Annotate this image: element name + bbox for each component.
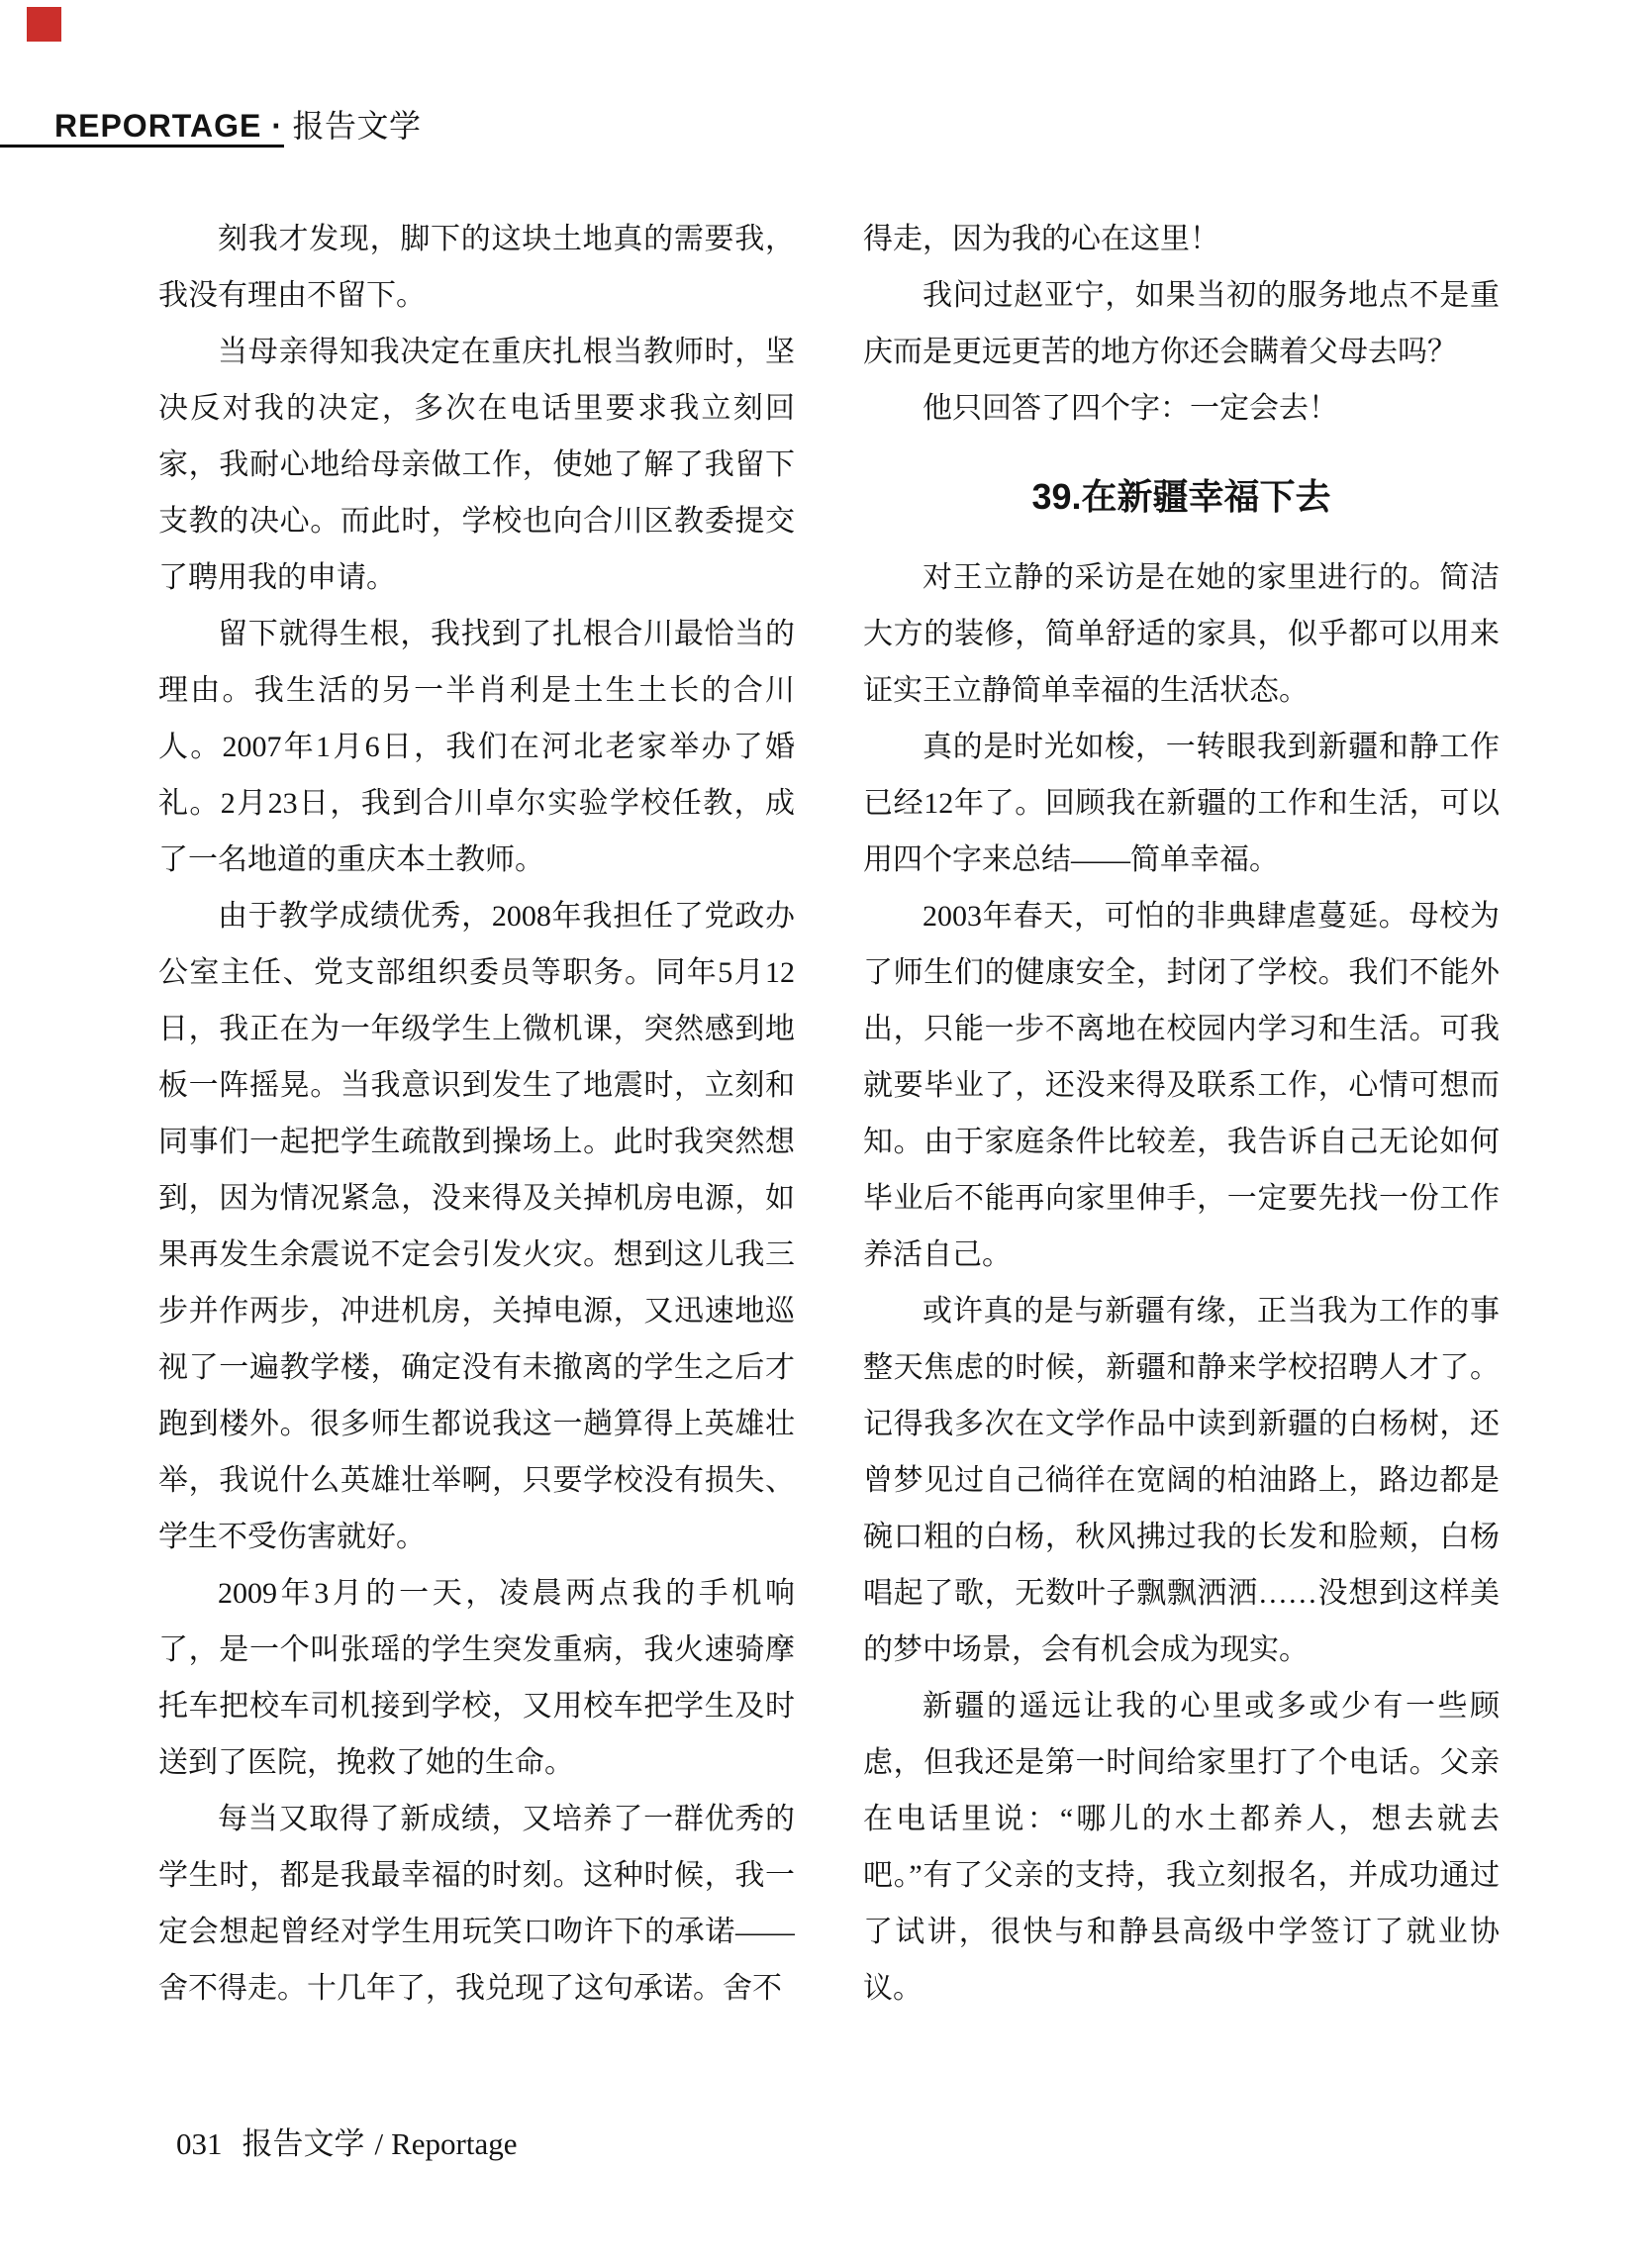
body-paragraph: 2003年春天，可怕的非典肆虐蔓延。母校为了师生们的健康安全，封闭了学校。我们不… bbox=[863, 888, 1500, 1283]
header-title-en: REPORTAGE bbox=[54, 108, 261, 144]
body-paragraph: 当母亲得知我决定在重庆扎根当教师时，坚决反对我的决定，多次在电话里要求我立刻回家… bbox=[158, 324, 795, 606]
page-footer: 031报告文学/Reportage bbox=[176, 2124, 518, 2164]
body-paragraph: 2009年3月的一天，凌晨两点我的手机响了，是一个叫张瑶的学生突发重病，我火速骑… bbox=[158, 1565, 795, 1791]
footer-page-number: 031 bbox=[176, 2126, 223, 2161]
footer-section-en: Reportage bbox=[391, 2126, 517, 2161]
text-column-right: 得走，因为我的心在这里！ 我问过赵亚宁，如果当初的服务地点不是重庆而是更远更苦的… bbox=[863, 211, 1500, 2032]
page-header: REPORTAGE·报告文学 bbox=[54, 107, 421, 145]
header-rule bbox=[0, 145, 284, 148]
footer-section-zh: 报告文学 bbox=[243, 2126, 365, 2161]
body-paragraph: 他只回答了四个字：一定会去！ bbox=[863, 380, 1500, 437]
body-paragraph: 对王立静的采访是在她的家里进行的。简洁大方的装修，简单舒适的家具，似乎都可以用来… bbox=[863, 549, 1500, 719]
body-paragraph: 刻我才发现，脚下的这块土地真的需要我，我没有理由不留下。 bbox=[158, 211, 795, 324]
section-heading: 39.在新疆幸福下去 bbox=[863, 474, 1500, 520]
body-paragraph: 新疆的遥远让我的心里或多或少有一些顾虑，但我还是第一时间给家里打了个电话。父亲在… bbox=[863, 1678, 1500, 2017]
body-paragraph: 真的是时光如梭，一转眼我到新疆和静工作已经12年了。回顾我在新疆的工作和生活，可… bbox=[863, 719, 1500, 888]
body-paragraph-continuation: 得走，因为我的心在这里！ bbox=[863, 211, 1500, 267]
body-paragraph: 由于教学成绩优秀，2008年我担任了党政办公室主任、党支部组织委员等职务。同年5… bbox=[158, 888, 795, 1565]
body-paragraph: 我问过赵亚宁，如果当初的服务地点不是重庆而是更远更苦的地方你还会瞒着父母去吗？ bbox=[863, 267, 1500, 380]
footer-separator: / bbox=[375, 2126, 384, 2161]
magazine-page: { "page": { "accent_color": "#cb2f2b", "… bbox=[0, 0, 1651, 2268]
header-title-zh: 报告文学 bbox=[292, 108, 421, 144]
body-paragraph: 每当又取得了新成绩，又培养了一群优秀的学生时，都是我最幸福的时刻。这种时候，我一… bbox=[158, 1791, 795, 2017]
body-paragraph: 留下就得生根，我找到了扎根合川最恰当的理由。我生活的另一半肖利是土生土长的合川人… bbox=[158, 606, 795, 888]
red-corner-mark bbox=[27, 7, 61, 42]
body-paragraph: 或许真的是与新疆有缘，正当我为工作的事整天焦虑的时候，新疆和静来学校招聘人才了。… bbox=[863, 1283, 1500, 1678]
text-column-left: 刻我才发现，脚下的这块土地真的需要我，我没有理由不留下。 当母亲得知我决定在重庆… bbox=[158, 211, 795, 2032]
header-separator-dot: · bbox=[271, 108, 282, 144]
